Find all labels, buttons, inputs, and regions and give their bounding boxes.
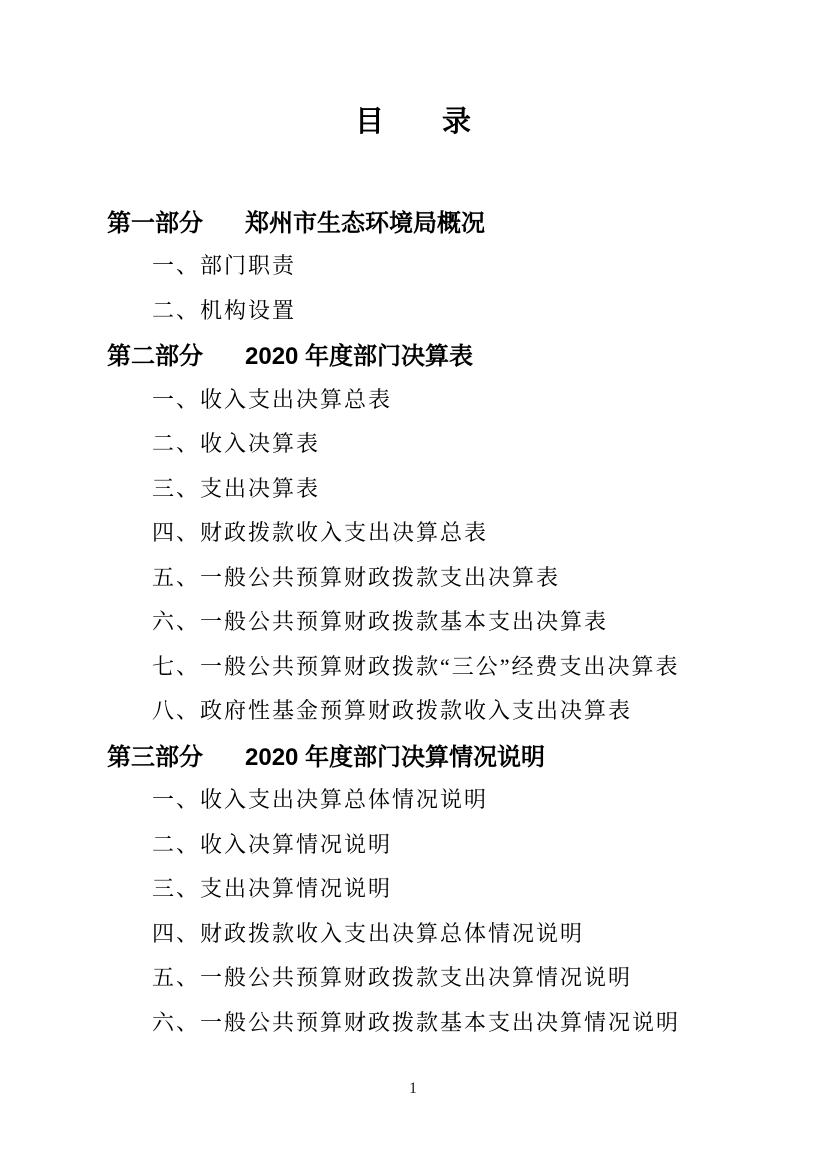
section-number: 第二部分 <box>107 336 203 371</box>
toc-section-heading-1: 第一部分 郑州市生态环境局概况 <box>107 198 747 243</box>
toc-item: 五、一般公共预算财政拨款支出决算表 <box>107 554 747 599</box>
toc-item: 五、一般公共预算财政拨款支出决算情况说明 <box>107 955 747 1000</box>
toc-item: 二、机构设置 <box>107 287 747 332</box>
page-number: 1 <box>0 1080 826 1098</box>
toc-item: 一、部门职责 <box>107 243 747 288</box>
document-title: 目 录 <box>0 102 826 142</box>
document-page: 目 录 第一部分 郑州市生态环境局概况 一、部门职责 二、机构设置 第二部分 2… <box>0 0 826 1169</box>
section-title: 2020 年度部门决算情况说明 <box>245 737 545 772</box>
toc-item: 三、支出决算表 <box>107 465 747 510</box>
toc-section-heading-2: 第二部分 2020 年度部门决算表 <box>107 332 747 377</box>
toc-item: 二、收入决算表 <box>107 421 747 466</box>
section-title: 郑州市生态环境局概况 <box>245 203 485 238</box>
toc-item: 四、财政拨款收入支出决算总表 <box>107 510 747 555</box>
section-title: 2020 年度部门决算表 <box>245 336 473 371</box>
toc-item: 一、收入支出决算总体情况说明 <box>107 777 747 822</box>
toc-item: 二、收入决算情况说明 <box>107 821 747 866</box>
toc-item: 七、一般公共预算财政拨款“三公”经费支出决算表 <box>107 643 747 688</box>
toc-item: 六、一般公共预算财政拨款基本支出决算情况说明 <box>107 999 747 1044</box>
section-number: 第三部分 <box>107 737 203 772</box>
toc-item: 三、支出决算情况说明 <box>107 866 747 911</box>
section-number: 第一部分 <box>107 203 203 238</box>
table-of-contents: 第一部分 郑州市生态环境局概况 一、部门职责 二、机构设置 第二部分 2020 … <box>107 198 747 1044</box>
toc-item: 一、收入支出决算总表 <box>107 376 747 421</box>
toc-section-heading-3: 第三部分 2020 年度部门决算情况说明 <box>107 732 747 777</box>
toc-item: 八、政府性基金预算财政拨款收入支出决算表 <box>107 688 747 733</box>
toc-item: 六、一般公共预算财政拨款基本支出决算表 <box>107 599 747 644</box>
toc-item: 四、财政拨款收入支出决算总体情况说明 <box>107 910 747 955</box>
